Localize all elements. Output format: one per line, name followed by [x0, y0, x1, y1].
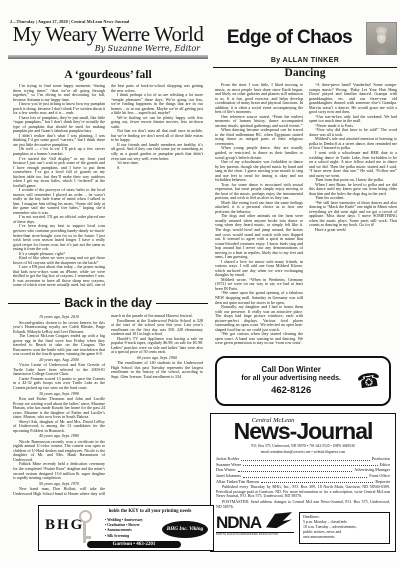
deadlines-lines: 5 p.m. Monday – classifieds10 a.m. Tuesd…	[303, 520, 386, 540]
bhg-service-item: • Silk Screening	[105, 534, 143, 539]
article-paragraph: When I met Brian, he loved to polka and …	[309, 183, 397, 197]
article-paragraph: I think perhaps a lot of us are relishin…	[111, 93, 203, 116]
article-paragraph: “We came upon the grand opening of a fab…	[215, 291, 303, 305]
article-paragraph: I have lots of pumpkins, they’re just sm…	[13, 116, 105, 134]
article-paragraph: “A three-piece band! Vunderbar! Some oom…	[309, 83, 397, 115]
ad-line1: Call Don Winter	[225, 365, 357, 375]
masthead-name: News-Journal	[216, 421, 390, 443]
article-paragraph: I didn’t realize that’s what I was plant…	[13, 134, 105, 148]
ndna-logo: NDNA NORTH DAKOTA NEWSPAPER ASSOCIATION	[216, 512, 294, 543]
gourdeous-fall-body: I’m trying to find some happy moments “d…	[13, 84, 203, 294]
article-paragraph: I’m trying to find some happy moments “d…	[13, 84, 105, 102]
article-paragraph: I went with a schoolmate and HER date to…	[309, 151, 397, 178]
article-paragraph: Much like eating food can have the same …	[215, 201, 303, 215]
bhg-services-list: • Wedding • Anniversary• Graduation • Sh…	[105, 518, 143, 539]
article-paragraph: The dogs and other animals on the farm w…	[215, 214, 303, 259]
article-paragraph: Mildred wrote, “When in Wertheim, German…	[215, 278, 303, 292]
masthead-published-paragraph: Published every Thursday by BHG, Inc., P…	[216, 485, 390, 499]
article-paragraph: One reference source stated, “From the e…	[215, 115, 303, 129]
deadlines-title: Deadlines:	[303, 515, 320, 519]
bhg-tagline: holds the KEY to all your printing needs	[91, 509, 209, 514]
ad-phone-number: 462-8126	[225, 385, 357, 397]
back-in-the-day-entry: Sheryl Ash, daughter of Mr. and Mrs. Dav…	[13, 420, 105, 434]
masthead-postmaster-paragraph: POSTMASTER: Send address changes to Cent…	[216, 500, 390, 509]
don-winter-ad-text: Call Don Winter for all your advertising…	[225, 365, 357, 397]
article-paragraph: When dancing became widespread can be tr…	[215, 128, 303, 146]
article-paragraph: I’ve started the “fall display” in my fr…	[13, 157, 105, 189]
back-in-the-day-entry: Ron and Esther Thomson and John and Luci…	[13, 397, 105, 420]
author-headshot-photo	[366, 22, 397, 55]
back-in-the-day-section: Back in the day 10 years ago, Sept. 2010…	[8, 296, 208, 500]
masthead-contact-line: email centralmclean@westriv.com • websit…	[216, 450, 390, 454]
headline-dancing: Dancing	[213, 67, 397, 79]
article-paragraph: I know you’re just itching to know how m…	[13, 102, 105, 116]
article-paragraph: “We still have memories of those dances …	[309, 201, 397, 228]
back-in-the-day-entry: 10 years ago, Sept. 2010	[13, 315, 105, 320]
dancing-body: From the time I was little, I liked movi…	[215, 83, 397, 353]
column-title-my-weary-werre-world: My Weary Werre World	[8, 23, 208, 45]
back-in-the-day-entry: Falkirk Mine recently held a dedication …	[13, 462, 105, 480]
edge-of-chaos-masthead: Edge of Chaos By ALLAN TINKER	[213, 22, 397, 68]
back-in-the-day-header: Back in the day	[8, 296, 208, 310]
bhg-phone-bar: Garrison • 463-2201	[87, 541, 181, 548]
article-paragraph: S.	[111, 166, 203, 171]
don-winter-ad: Call Don Winter for all your advertising…	[215, 356, 391, 406]
back-in-the-day-title: Back in the day	[64, 296, 151, 310]
article-paragraph: We’re finding we can be plenty happy wit…	[111, 116, 203, 130]
article-paragraph: I’ve been doing my best to support local…	[13, 224, 105, 251]
back-in-the-day-entry: Harold’s TV and Appliance was having a s…	[111, 337, 203, 355]
article-paragraph: I wonder if the purveyor of straw bales …	[13, 188, 105, 215]
back-in-the-day-entry: The Central McLean Cougars ended up with…	[13, 334, 105, 357]
back-in-the-day-body: 10 years ago, Sept. 2010Second-graders c…	[8, 314, 208, 500]
ndna-acronym: NDNA	[216, 514, 294, 531]
back-in-the-day-entry: The enrollment of 140 students in the Un…	[111, 361, 203, 379]
article-paragraph: True, for some dance is associated with …	[215, 183, 303, 201]
back-in-the-day-entry: Enrollment at the Underwood Public Schoo…	[111, 319, 203, 337]
deadlines-box: Deadlines: 5 p.m. Monday – classifieds10…	[299, 512, 390, 543]
ndna-caption: NORTH DAKOTA NEWSPAPER ASSOCIATION	[216, 532, 294, 536]
dotted-leader	[261, 482, 373, 483]
gray-divider-bar	[8, 55, 208, 59]
article-paragraph: One of my schoolmates was forbidden to d…	[215, 160, 303, 183]
article-paragraph: From the time I was little, I liked movi…	[215, 83, 303, 115]
back-in-the-day-entry: Nicole Rasmusson recently won a certific…	[13, 440, 105, 463]
article-paragraph: I shared a love for music with many frie…	[215, 260, 303, 278]
news-journal-masthead-box: Central McLean News-Journal P.O. Box 575…	[210, 413, 396, 552]
bhg-printing-ad: holds the KEY to all your printing needs…	[38, 505, 214, 551]
ad-line2: for all your advertising needs.	[225, 375, 357, 384]
back-in-the-day-entry: Second-graders chosen to be crown bearer…	[13, 321, 105, 335]
weary-werre-masthead: My Weary Werre World By Suzanne Werre, E…	[8, 23, 208, 59]
article-paragraph: Mildred’s tale and attached mention of l…	[309, 137, 397, 151]
dotted-leader	[243, 465, 377, 466]
back-in-the-day-entry: Carrie Franzen scored 13 points to pace …	[13, 377, 105, 391]
back-in-the-day-entry: Victor Leone of Underwood and Erin Gress…	[13, 363, 105, 377]
masthead-staff-list: Jackie Kohler Production Suzanne Werre E…	[216, 456, 390, 484]
headline-gourdeous-fall: A ‘gourdeous’ fall	[8, 69, 208, 81]
article-paragraph: When young people dance, they are usuall…	[215, 146, 303, 160]
article-paragraph: Naturally, my daughter and I had to hono…	[215, 305, 303, 332]
deadline-line: area announcements	[303, 535, 386, 540]
column-byline-allan-tinker: By ALLAN TINKER	[213, 57, 397, 64]
dotted-leader	[238, 471, 353, 472]
rule-left	[8, 303, 60, 304]
article-paragraph: Have a great week!	[309, 228, 397, 233]
bhg-inc-viking-badge: BHG Inc. Viking	[162, 521, 208, 538]
dotted-leader	[241, 460, 369, 461]
column-title-edge-of-chaos: Edge of Chaos	[213, 22, 366, 49]
bhg-logo: BHG	[45, 517, 84, 534]
article-paragraph: Not that we don’t miss all that stuff on…	[111, 129, 203, 143]
newspaper-page: 2—Thursday | August 27, 2020 | Central M…	[0, 0, 400, 567]
article-paragraph: If our friends and family members are he…	[111, 143, 203, 161]
dotted-leader	[243, 477, 367, 478]
masthead-address-line: P.O. Box 575, Underwood, ND 58576 • 701-…	[216, 444, 390, 448]
article-paragraph: “We got curious when they started cleari…	[215, 332, 303, 346]
telephone-icon: ☎	[356, 368, 383, 393]
rule-right	[156, 303, 208, 304]
